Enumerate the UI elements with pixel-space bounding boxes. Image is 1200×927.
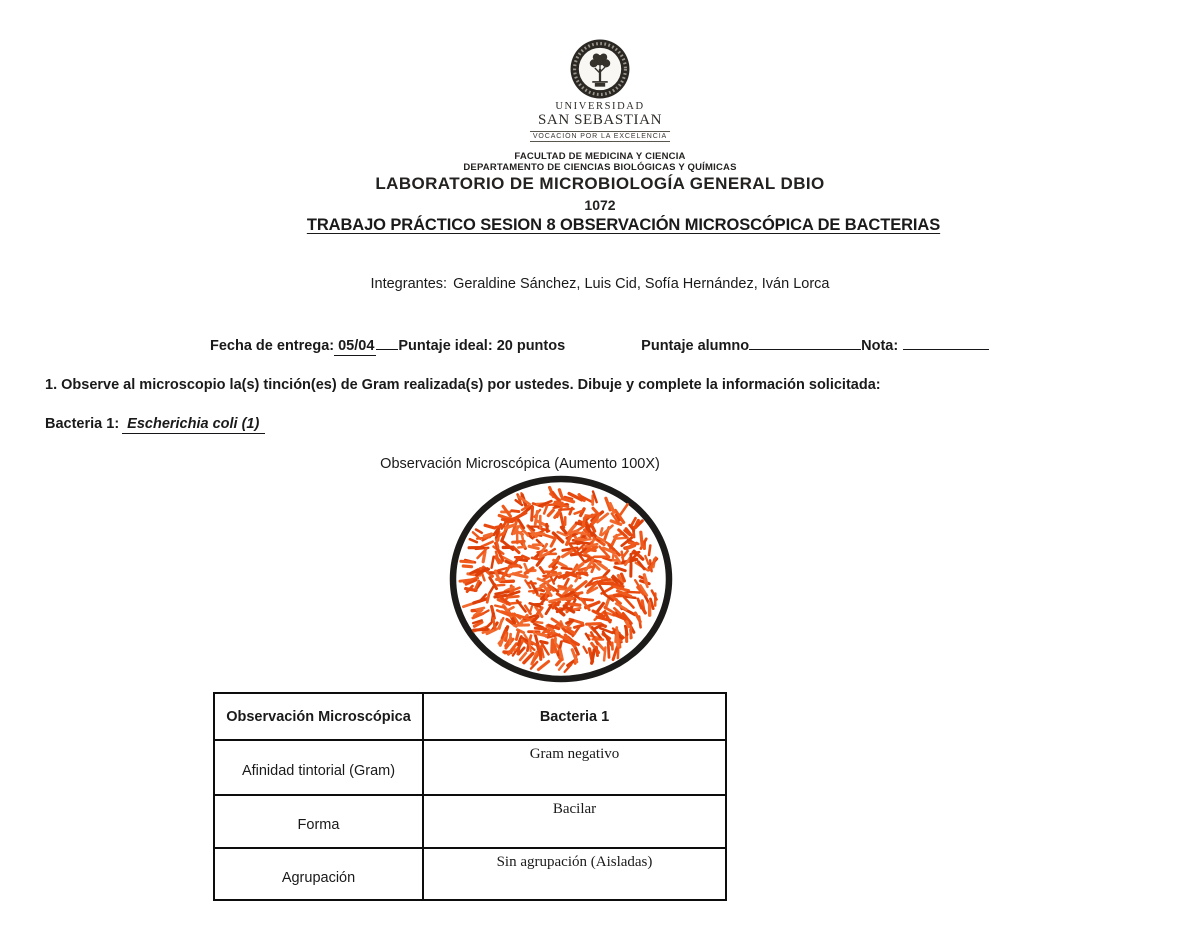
puntaje-alumno-blank-line: [749, 336, 861, 350]
laboratory-line: LABORATORIO DE MICROBIOLOGÍA GENERAL DBI…: [375, 174, 824, 194]
table-row: Forma Bacilar: [214, 795, 726, 848]
document-title: TRABAJO PRÁCTICO SESION 8 OBSERVACIÓN MI…: [46, 216, 1200, 235]
nota-blank-line: [903, 336, 989, 350]
university-name-line1: UNIVERSIDAD: [555, 101, 644, 112]
table-header-bacteria1: Bacteria 1: [423, 693, 726, 740]
microscope-field-drawing: [449, 475, 673, 683]
figure-caption: Observación Microscópica (Aumento 100X): [0, 456, 1040, 472]
course-code: 1072: [584, 197, 615, 213]
nota-label: Nota:: [861, 338, 898, 354]
row-label-agrupacion: Agrupación: [214, 848, 423, 900]
row-value-afinidad: Gram negativo: [423, 740, 726, 795]
blank-line: [376, 336, 398, 350]
fecha-entrega-value: 05/04: [334, 338, 376, 356]
table-header-observacion: Observación Microscópica: [214, 693, 423, 740]
bacteria-1-line: Bacteria 1:Escherichia coli (1): [45, 416, 265, 432]
observation-table: Observación Microscópica Bacteria 1 Afin…: [213, 692, 727, 901]
puntaje-alumno-label: Puntaje alumno: [641, 338, 749, 354]
integrantes-line: Integrantes:Geraldine Sánchez, Luis Cid,…: [0, 276, 1200, 292]
table-row: Afinidad tintorial (Gram) Gram negativo: [214, 740, 726, 795]
letterhead: UNIVERSIDAD SAN SEBASTIAN VOCACIÓN POR L…: [0, 38, 1200, 213]
university-name-line2: SAN SEBASTIAN: [538, 112, 662, 129]
university-motto: VOCACIÓN POR LA EXCELENCIA: [530, 131, 670, 142]
row-label-forma: Forma: [214, 795, 423, 848]
question-1: 1. Observe al microscopio la(s) tinción(…: [45, 377, 881, 393]
bacteria-1-label: Bacteria 1:: [45, 416, 119, 432]
document-page: UNIVERSIDAD SAN SEBASTIAN VOCACIÓN POR L…: [0, 0, 1200, 927]
integrantes-label: Integrantes:: [371, 276, 448, 292]
university-seal-icon: [569, 38, 631, 100]
row-value-forma: Bacilar: [423, 795, 726, 848]
table-row: Agrupación Sin agrupación (Aisladas): [214, 848, 726, 900]
integrantes-names: Geraldine Sánchez, Luis Cid, Sofía Herná…: [453, 276, 829, 292]
faculty-line: FACULTAD DE MEDICINA Y CIENCIA: [514, 151, 685, 162]
bacteria-1-name: Escherichia coli (1): [122, 416, 265, 434]
row-label-afinidad: Afinidad tintorial (Gram): [214, 740, 423, 795]
puntaje-ideal-label: Puntaje ideal: 20 puntos: [398, 338, 565, 354]
fecha-entrega-label: Fecha de entrega:: [210, 338, 334, 354]
row-value-agrupacion: Sin agrupación (Aisladas): [423, 848, 726, 900]
score-line: Fecha de entrega:05/04Puntaje ideal: 20 …: [210, 336, 989, 354]
department-line: DEPARTAMENTO DE CIENCIAS BIOLÓGICAS Y QU…: [463, 162, 736, 173]
table-header-row: Observación Microscópica Bacteria 1: [214, 693, 726, 740]
